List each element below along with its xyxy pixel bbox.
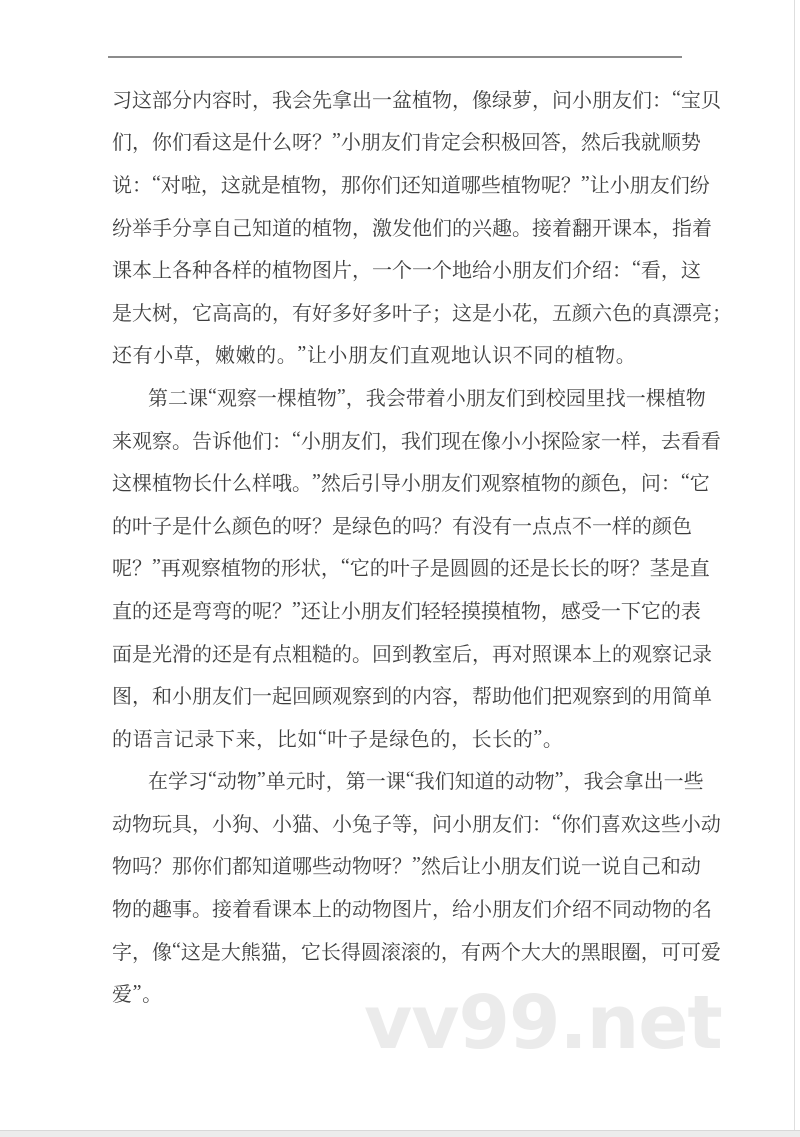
text-line: 课本上各种各样的植物图片，一个一个地给小朋友们介绍：“看，这 <box>112 247 688 290</box>
text-line: 面是光滑的还是有点粗糙的。回到教室后，再对照课本上的观察记录 <box>112 631 688 674</box>
section-divider <box>108 56 682 58</box>
text-line: 字，像“这是大熊猫，它长得圆滚滚的，有两个大大的黑眼圈，可可爱 <box>112 929 688 972</box>
text-line: 习这部分内容时，我会先拿出一盆植物，像绿萝，问小朋友们：“宝贝 <box>112 77 688 120</box>
text-block: 习这部分内容时，我会先拿出一盆植物，像绿萝，问小朋友们：“宝贝们，你们看这是什么… <box>112 77 688 1014</box>
text-line: 物吗？那你们都知道哪些动物呀？”然后让小朋友们说一说自己和动 <box>112 844 688 887</box>
text-line: 动物玩具，小狗、小猫、小兔子等，问小朋友们：“你们喜欢这些小动 <box>112 801 688 844</box>
text-line: 这棵植物长什么样哦。”然后引导小朋友们观察植物的颜色，问：“它 <box>112 460 688 503</box>
text-line: 在学习“动物”单元时，第一课“我们知道的动物”，我会拿出一些 <box>112 759 688 802</box>
text-line: 第二课“观察一棵植物”，我会带着小朋友们到校园里找一棵植物 <box>112 375 688 418</box>
page-gap-strip <box>0 1130 800 1137</box>
text-line: 来观察。告诉他们：“小朋友们，我们现在像小小探险家一样，去看看 <box>112 418 688 461</box>
text-line: 直的还是弯弯的呢？”还让小朋友们轻轻摸摸植物，感受一下它的表 <box>112 588 688 631</box>
text-line: 的语言记录下来，比如“叶子是绿色的，长长的”。 <box>112 716 688 759</box>
text-line: 是大树，它高高的，有好多好多叶子；这是小花，五颜六色的真漂亮； <box>112 290 688 333</box>
text-line: 图，和小朋友们一起回顾观察到的内容，帮助他们把观察到的用简单 <box>112 673 688 716</box>
text-line: 的叶子是什么颜色的呀？是绿色的吗？有没有一点点不一样的颜色 <box>112 503 688 546</box>
text-line: 说：“对啦，这就是植物，那你们还知道哪些植物呢？”让小朋友们纷 <box>112 162 688 205</box>
text-line: 物的趣事。接着看课本上的动物图片，给小朋友们介绍不同动物的名 <box>112 886 688 929</box>
text-line: 还有小草，嫩嫩的。”让小朋友们直观地认识不同的植物。 <box>112 333 688 376</box>
document-page: 习这部分内容时，我会先拿出一盆植物，像绿萝，问小朋友们：“宝贝们，你们看这是什么… <box>0 0 800 1137</box>
page-edge-right <box>794 0 795 1130</box>
text-line: 纷举手分享自己知道的植物，激发他们的兴趣。接着翻开课本，指着 <box>112 205 688 248</box>
text-line: 们，你们看这是什么呀？”小朋友们肯定会积极回答，然后我就顺势 <box>112 120 688 163</box>
watermark: vv99.net <box>364 986 722 1060</box>
text-line: 呢？”再观察植物的形状，“它的叶子是圆圆的还是长长的呀？茎是直 <box>112 546 688 589</box>
